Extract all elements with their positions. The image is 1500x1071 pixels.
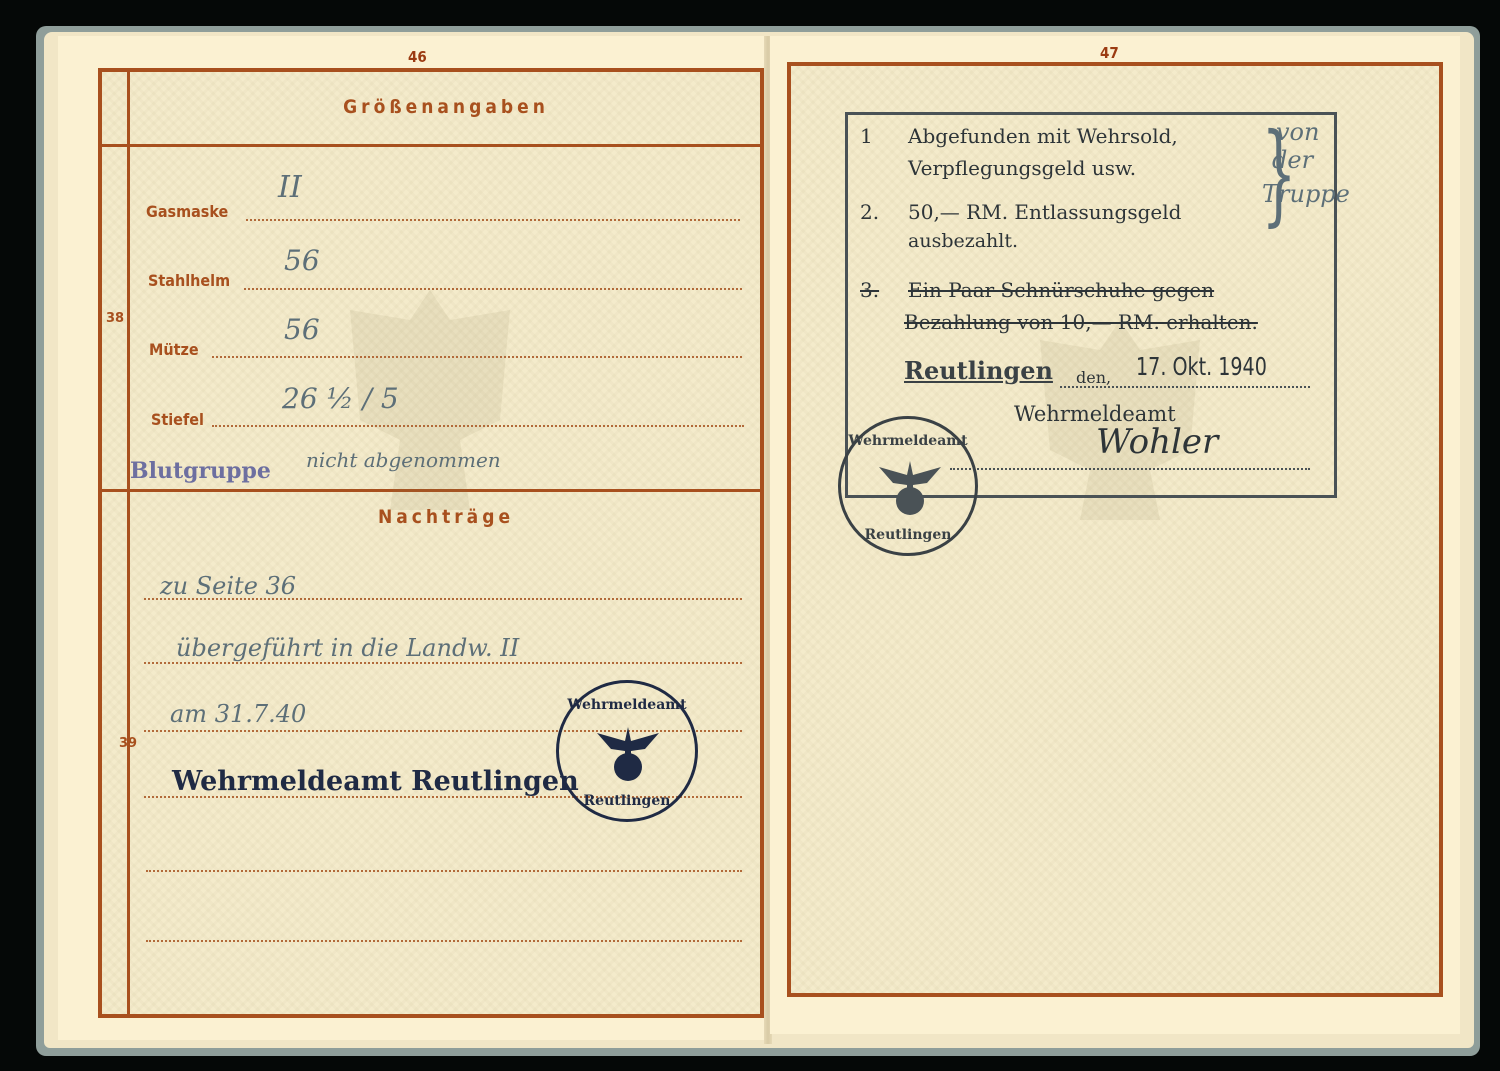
heading-divider (100, 144, 762, 147)
page-number-right: 47 (1100, 44, 1119, 62)
field-value-stahlhelm: 56 (284, 244, 320, 277)
stamp-item-3-line-1: Ein Paar Schnürschuhe gegen (908, 278, 1214, 302)
addendum-rule-6 (146, 940, 742, 942)
row-number-38: 38 (106, 311, 124, 326)
addendum-rule-5 (146, 870, 742, 872)
stamp-item-1-line-2: Verpflegungsgeld usw. (908, 156, 1136, 180)
row-number-column-divider (127, 70, 130, 1016)
round-office-stamp-right: Wehrmeldeamt Reutlingen (838, 416, 978, 556)
eagle-emblem-icon (595, 721, 661, 785)
stamp-item-2-line-2: ausbezahlt. (908, 230, 1018, 252)
stamp-place: Reutlingen (904, 356, 1053, 385)
office-stamp-line: Wehrmeldeamt Reutlingen (172, 766, 579, 797)
margin-note-line-2: der (1272, 146, 1313, 174)
page-number-left: 46 (408, 48, 427, 66)
addendum-rule-1 (144, 598, 742, 600)
field-line-muetze (212, 356, 742, 358)
field-line-stahlhelm (244, 288, 742, 290)
round-stamp-top-text: Wehrmeldeamt (841, 433, 975, 449)
round-office-stamp-left: Wehrmeldeamt Reutlingen (556, 680, 698, 822)
field-label-stiefel: Stiefel (151, 410, 204, 429)
addendum-line-3: am 31.7.40 (170, 700, 306, 728)
row-number-39: 39 (119, 736, 137, 751)
blood-group-value: nicht abgenommen (306, 448, 501, 472)
stamp-den-label: den, (1076, 368, 1111, 387)
addendum-rule-2 (144, 662, 742, 664)
section-heading-nachtraege: Nachträge (130, 506, 762, 528)
round-stamp-bottom-text: Reutlingen (841, 527, 975, 543)
field-label-stahlhelm: Stahlhelm (148, 271, 230, 290)
margin-note-line-1: von (1276, 118, 1319, 146)
addendum-line-1: zu Seite 36 (160, 572, 296, 600)
stamp-date: 17. Okt. 1940 (1136, 352, 1267, 381)
stamp-item-2-number: 2. (860, 200, 879, 224)
stamp-item-3-line-2: Bezahlung von 10,— RM. erhalten. (904, 310, 1258, 334)
field-line-stiefel (212, 425, 744, 427)
stamp-item-2-line-1: 50,— RM. Entlassungsgeld (908, 200, 1181, 224)
blood-group-stamp: Blutgruppe (130, 458, 271, 484)
stamp-item-3-number: 3. (860, 278, 879, 302)
section-heading-groessenangaben: Größenangaben (130, 96, 762, 118)
addendum-line-2: übergeführt in die Landw. II (176, 634, 519, 662)
signature: Wohler (1096, 422, 1218, 462)
round-stamp-bottom-text: Reutlingen (559, 793, 695, 809)
field-label-muetze: Mütze (149, 340, 199, 359)
eagle-emblem-icon (877, 455, 943, 519)
round-stamp-top-text: Wehrmeldeamt (559, 697, 695, 713)
field-line-gasmaske (246, 219, 740, 221)
field-value-gasmaske: II (278, 170, 302, 205)
field-value-muetze: 56 (284, 313, 320, 346)
margin-note-line-3: Truppe (1262, 180, 1350, 208)
stamp-date-line (1060, 386, 1310, 388)
signature-line (950, 468, 1310, 470)
stamp-item-1-number: 1 (860, 124, 873, 148)
field-value-stiefel: 26 ½ / 5 (282, 382, 399, 415)
field-label-gasmaske: Gasmaske (146, 202, 228, 221)
stamp-item-1-line-1: Abgefunden mit Wehrsold, (908, 124, 1178, 148)
